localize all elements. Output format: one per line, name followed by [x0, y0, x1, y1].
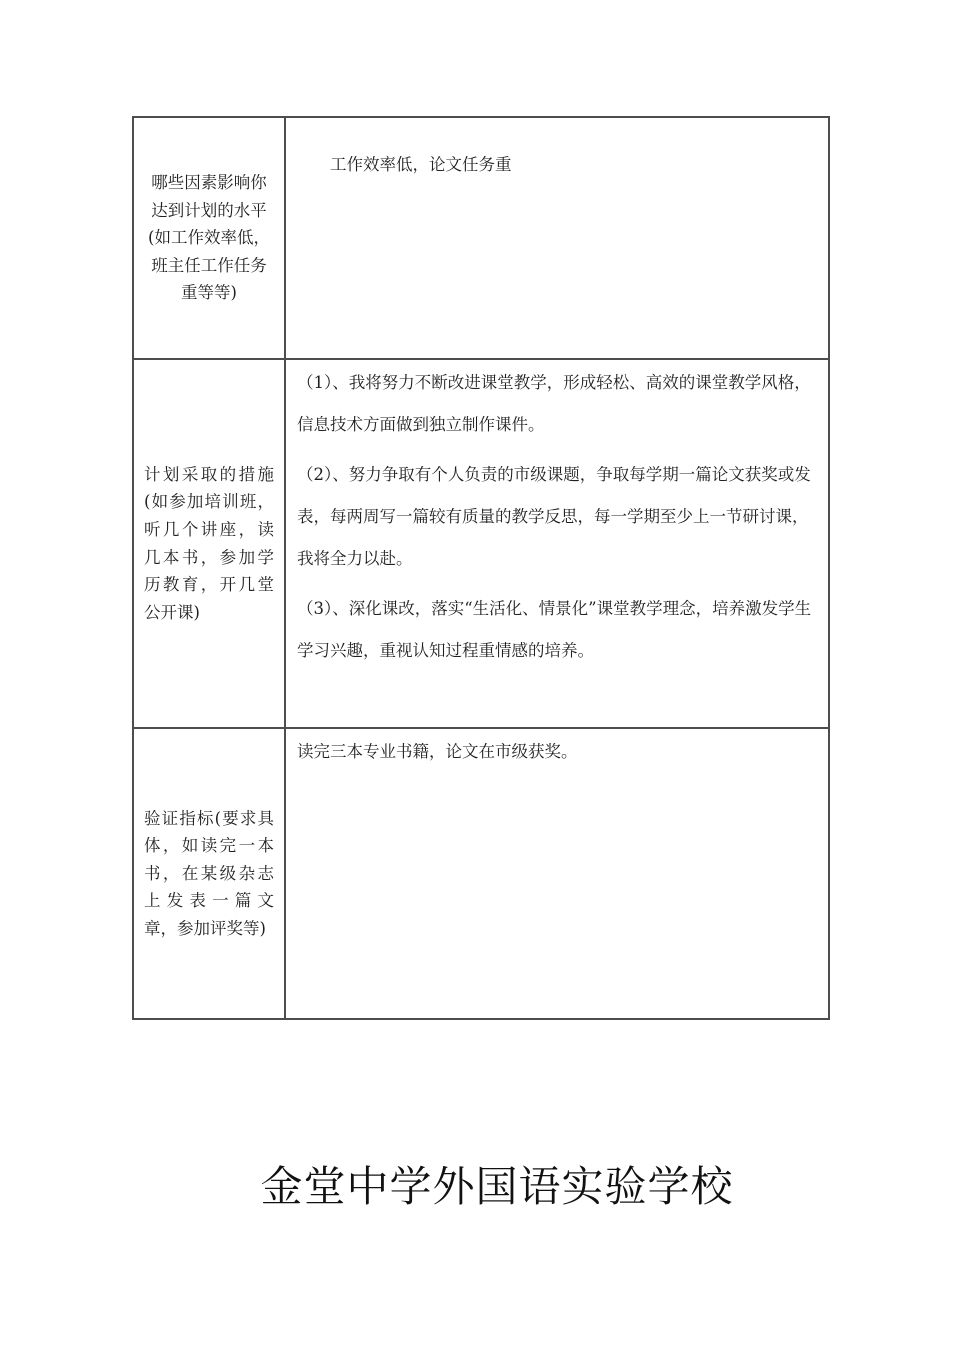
document-page: 哪些因素影响你达到计划的水平(如工作效率低，班主任工作任务重等等) 工作效率低，… [0, 0, 960, 1357]
paragraph: （1）、我将努力不断改进课堂教学，形成轻松、高效的课堂教学风格，信息技术方面做到… [297, 362, 812, 446]
row-content-metrics: 读完三本专业书籍，论文在市级获奖。 [285, 728, 829, 1019]
table-row-measures: 计划采取的措施(如参加培训班，听几个讲座，读几本书，参加学历教育，开几堂公开课)… [133, 359, 829, 728]
table-row-factors: 哪些因素影响你达到计划的水平(如工作效率低，班主任工作任务重等等) 工作效率低，… [133, 117, 829, 359]
plan-table: 哪些因素影响你达到计划的水平(如工作效率低，班主任工作任务重等等) 工作效率低，… [132, 116, 830, 1020]
row-label-measures: 计划采取的措施(如参加培训班，听几个讲座，读几本书，参加学历教育，开几堂公开课) [133, 359, 285, 728]
paragraph: （3）、深化课改，落实“生活化、情景化”课堂教学理念，培养激发学生学习兴趣，重视… [297, 588, 812, 672]
row-label-metrics: 验证指标(要求具体，如读完一本书，在某级杂志上发表一篇文章，参加评奖等) [133, 728, 285, 1019]
row-content-factors: 工作效率低，论文任务重 [285, 117, 829, 359]
row-content-measures: （1）、我将努力不断改进课堂教学，形成轻松、高效的课堂教学风格，信息技术方面做到… [285, 359, 829, 728]
paragraph: 读完三本专业书籍，论文在市级获奖。 [297, 731, 812, 773]
row-label-factors: 哪些因素影响你达到计划的水平(如工作效率低，班主任工作任务重等等) [133, 117, 285, 359]
paragraph: 工作效率低，论文任务重 [297, 144, 812, 186]
paragraph: （2）、努力争取有个人负责的市级课题，争取每学期一篇论文获奖或发表，每两周写一篇… [297, 454, 812, 580]
table-row-metrics: 验证指标(要求具体，如读完一本书，在某级杂志上发表一篇文章，参加评奖等) 读完三… [133, 728, 829, 1019]
school-name-title: 金堂中学外国语实验学校 [0, 1163, 960, 1211]
